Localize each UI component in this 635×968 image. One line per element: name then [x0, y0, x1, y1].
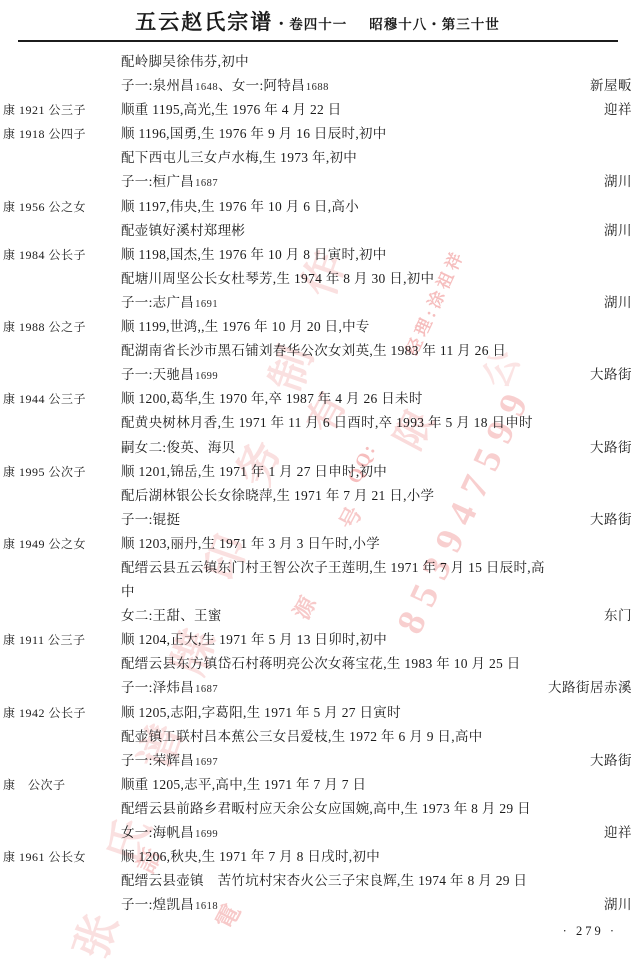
entry-text: 配黄央树林月香,生 1971 年 11 月 6 日酉时,卒 1993 年 5 月… — [121, 411, 632, 435]
text-segment: 顺 1203,丽丹,生 1971 年 3 月 3 日午时,小学 — [121, 536, 380, 551]
text-segment: 中 — [121, 584, 135, 599]
entry-text: 配湖南省长沙市黑石铺刘春华公次女刘英,生 1983 年 11 月 26 日 — [121, 339, 632, 363]
text-segment: 、女一:阿特昌 — [218, 78, 305, 93]
entry-row: 配岭脚吴徐伟芬,初中 — [0, 50, 635, 74]
entry-text: 顺 1199,世鸿,,生 1976 年 10 月 20 日,中专 — [121, 315, 632, 339]
entry-row: 子一:锟挺大路街 — [0, 508, 635, 532]
entry-text: 顺 1200,葛华,生 1970 年,卒 1987 年 4 月 26 日未时 — [121, 387, 632, 411]
entry-row: 嗣女二:俊英、海贝大路街 — [0, 436, 635, 460]
entry-text: 嗣女二:俊英、海贝 — [121, 436, 590, 460]
text-segment: 顺重 1205,志平,高中,生 1971 年 7 月 7 日 — [121, 777, 366, 792]
entry-row: 康 1984 公长子顺 1198,国杰,生 1976 年 10 月 8 日寅时,… — [0, 243, 635, 267]
entry-text: 子一:荣辉昌1697 — [121, 749, 590, 775]
entry-row: 子一:泽炜昌1687大路街居赤溪 — [0, 676, 635, 700]
entry-row: 子一:桓广昌1687湖川 — [0, 170, 635, 194]
residence-label: 迎祥 — [604, 821, 635, 845]
text-segment: 顺 1201,锦岳,生 1971 年 1 月 27 日申时,初中 — [121, 464, 387, 479]
text-segment: 子一:荣辉昌 — [121, 753, 194, 768]
entry-text: 子一:煌凯昌1618 — [121, 893, 604, 919]
entry-text: 顺 1197,伟央,生 1976 年 10 月 6 日,高小 — [121, 195, 632, 219]
book-title: 五云赵氏宗谱 — [135, 6, 273, 36]
entry-text: 配壶镇好溪村郑理彬 — [121, 219, 604, 243]
entry-text: 配缙云县五云镇东门村王智公次子王莲明,生 1971 年 7 月 15 日辰时,高 — [121, 556, 632, 580]
entry-row: 康 1949 公之女顺 1203,丽丹,生 1971 年 3 月 3 日午时,小… — [0, 532, 635, 556]
entry-row: 配塘川周坚公长女杜琴芳,生 1974 年 8 月 30 日,初中 — [0, 267, 635, 291]
entry-text: 配岭脚吴徐伟芬,初中 — [121, 50, 632, 74]
entry-row: 子一:天驰昌1699大路街 — [0, 363, 635, 387]
residence-label: 湖川 — [604, 219, 635, 243]
text-segment: 女一:海帆昌 — [121, 825, 194, 840]
header-rule — [18, 40, 618, 42]
ref-number: 1687 — [194, 684, 218, 695]
text-segment: 配缙云县五云镇东门村王智公次子王莲明,生 1971 年 7 月 15 日辰时,高 — [121, 560, 545, 575]
entry-row: 中 — [0, 580, 635, 604]
entry-text: 子一:泽炜昌1687 — [121, 676, 548, 702]
entry-text: 配缙云县前路乡君畈村应天余公女应国婉,高中,生 1973 年 8 月 29 日 — [121, 797, 632, 821]
text-segment: 顺 1205,志阳,字葛阳,生 1971 年 5 月 27 日寅时 — [121, 705, 401, 720]
entry-row: 子一:志广昌1691湖川 — [0, 291, 635, 315]
entry-row: 子一:荣辉昌1697大路街 — [0, 749, 635, 773]
generation-label: 康 公次子 — [0, 773, 121, 797]
entry-row: 配缙云县前路乡君畈村应天余公女应国婉,高中,生 1973 年 8 月 29 日 — [0, 797, 635, 821]
residence-label: 东门 — [604, 604, 635, 628]
generation-subtitle: 昭穆十八・第三十世 — [369, 13, 500, 33]
generation-label: 康 1995 公次子 — [0, 460, 121, 484]
text-segment: 配缙云县前路乡君畈村应天余公女应国婉,高中,生 1973 年 8 月 29 日 — [121, 801, 531, 816]
generation-label: 康 1942 公长子 — [0, 701, 121, 725]
entry-row: 女二:王甜、王蜜东门 — [0, 604, 635, 628]
generation-label: 康 1921 公三子 — [0, 98, 121, 122]
entry-row: 康 1921 公三子顺重 1195,高光,生 1976 年 4 月 22 日迎祥 — [0, 98, 635, 122]
generation-label: 康 1988 公之子 — [0, 315, 121, 339]
entry-row: 子一:煌凯昌1618湖川 — [0, 893, 635, 917]
entry-text: 配缙云县壶镇 苦竹坑村宋杏火公三子宋良辉,生 1974 年 8 月 29 日 — [121, 869, 632, 893]
residence-label: 迎祥 — [604, 98, 635, 122]
text-segment: 配壶镇工联村吕本蕉公三女吕爱枝,生 1972 年 6 月 9 日,高中 — [121, 729, 483, 744]
entry-row: 配壶镇工联村吕本蕉公三女吕爱枝,生 1972 年 6 月 9 日,高中 — [0, 725, 635, 749]
text-segment: 顺重 1195,高光,生 1976 年 4 月 22 日 — [121, 102, 342, 117]
residence-label: 湖川 — [604, 893, 635, 917]
residence-label: 大路街 — [590, 749, 635, 773]
text-segment: 子一:煌凯昌 — [121, 897, 194, 912]
text-segment: 嗣女二:俊英、海贝 — [121, 440, 235, 455]
generation-label: 康 1918 公四子 — [0, 122, 121, 146]
text-segment: 子一:桓广昌 — [121, 174, 194, 189]
entry-row: 配下西屯儿三女卢水梅,生 1973 年,初中 — [0, 146, 635, 170]
entry-text: 顺 1198,国杰,生 1976 年 10 月 8 日寅时,初中 — [121, 243, 632, 267]
text-segment: 配后湖林银公长女徐晓萍,生 1971 年 7 月 21 日,小学 — [121, 488, 434, 503]
entry-text: 子一:天驰昌1699 — [121, 363, 590, 389]
entry-row: 康 1942 公长子顺 1205,志阳,字葛阳,生 1971 年 5 月 27 … — [0, 701, 635, 725]
ref-number: 1688 — [305, 82, 329, 93]
entry-row: 康 1918 公四子顺 1196,国勇,生 1976 年 9 月 16 日辰时,… — [0, 122, 635, 146]
text-segment: 子一:锟挺 — [121, 512, 180, 527]
page-number: · 279 · — [563, 924, 617, 939]
text-segment: 配下西屯儿三女卢水梅,生 1973 年,初中 — [121, 150, 357, 165]
residence-label: 大路街居赤溪 — [548, 676, 635, 700]
text-segment: 顺 1200,葛华,生 1970 年,卒 1987 年 4 月 26 日未时 — [121, 391, 423, 406]
entry-row: 康 公次子顺重 1205,志平,高中,生 1971 年 7 月 7 日 — [0, 773, 635, 797]
entry-row: 配后湖林银公长女徐晓萍,生 1971 年 7 月 21 日,小学 — [0, 484, 635, 508]
entry-text: 女一:海帆昌1699 — [121, 821, 604, 847]
generation-label: 康 1956 公之女 — [0, 195, 121, 219]
text-segment: 子一:泽炜昌 — [121, 680, 194, 695]
entry-row: 子一:泉州昌1648、女一:阿特昌1688新屋畈 — [0, 74, 635, 98]
entry-row: 配缙云县壶镇 苦竹坑村宋杏火公三子宋良辉,生 1974 年 8 月 29 日 — [0, 869, 635, 893]
entry-row: 康 1988 公之子顺 1199,世鸿,,生 1976 年 10 月 20 日,… — [0, 315, 635, 339]
text-segment: 配缙云县东方镇岱石村蒋明亮公次女蒋宝花,生 1983 年 10 月 25 日 — [121, 656, 521, 671]
text-segment: 顺 1196,国勇,生 1976 年 9 月 16 日辰时,初中 — [121, 126, 387, 141]
ref-number: 1699 — [194, 371, 218, 382]
entry-row: 康 1961 公长女顺 1206,秋央,生 1971 年 7 月 8 日戌时,初… — [0, 845, 635, 869]
entry-text: 子一:锟挺 — [121, 508, 590, 532]
volume-label: 卷四十一 — [289, 13, 347, 33]
entry-text: 配下西屯儿三女卢水梅,生 1973 年,初中 — [121, 146, 632, 170]
generation-label: 康 1984 公长子 — [0, 243, 121, 267]
title-separator-dot: ・ — [274, 14, 288, 34]
entry-text: 顺 1196,国勇,生 1976 年 9 月 16 日辰时,初中 — [121, 122, 632, 146]
ref-number: 1699 — [194, 829, 218, 840]
entry-text: 配塘川周坚公长女杜琴芳,生 1974 年 8 月 30 日,初中 — [121, 267, 632, 291]
entry-text: 子一:泉州昌1648、女一:阿特昌1688 — [121, 74, 590, 100]
entry-row: 配壶镇好溪村郑理彬湖川 — [0, 219, 635, 243]
entry-text: 子一:桓广昌1687 — [121, 170, 604, 196]
text-segment: 配壶镇好溪村郑理彬 — [121, 223, 245, 238]
entry-row: 配湖南省长沙市黑石铺刘春华公次女刘英,生 1983 年 11 月 26 日 — [0, 339, 635, 363]
entries-list: 配岭脚吴徐伟芬,初中子一:泉州昌1648、女一:阿特昌1688新屋畈康 1921… — [0, 50, 635, 917]
residence-label: 湖川 — [604, 170, 635, 194]
entry-text: 顺 1201,锦岳,生 1971 年 1 月 27 日申时,初中 — [121, 460, 632, 484]
residence-label: 大路街 — [590, 436, 635, 460]
ref-number: 1697 — [194, 757, 218, 768]
generation-label: 康 1911 公三子 — [0, 628, 121, 652]
text-segment: 配湖南省长沙市黑石铺刘春华公次女刘英,生 1983 年 11 月 26 日 — [121, 343, 506, 358]
entry-text: 配缙云县东方镇岱石村蒋明亮公次女蒋宝花,生 1983 年 10 月 25 日 — [121, 652, 632, 676]
ref-number: 1618 — [194, 901, 218, 912]
entry-row: 配黄央树林月香,生 1971 年 11 月 6 日酉时,卒 1993 年 5 月… — [0, 411, 635, 435]
text-segment: 女二:王甜、王蜜 — [121, 608, 222, 623]
residence-label: 大路街 — [590, 508, 635, 532]
residence-label: 大路街 — [590, 363, 635, 387]
entry-row: 配缙云县五云镇东门村王智公次子王莲明,生 1971 年 7 月 15 日辰时,高 — [0, 556, 635, 580]
entry-text: 中 — [121, 580, 632, 604]
text-segment: 顺 1197,伟央,生 1976 年 10 月 6 日,高小 — [121, 199, 359, 214]
entry-text: 顺 1204,正大,生 1971 年 5 月 13 日卯时,初中 — [121, 628, 632, 652]
generation-label: 康 1961 公长女 — [0, 845, 121, 869]
text-segment: 子一:天驰昌 — [121, 367, 194, 382]
entry-row: 康 1995 公次子顺 1201,锦岳,生 1971 年 1 月 27 日申时,… — [0, 460, 635, 484]
generation-label: 康 1949 公之女 — [0, 532, 121, 556]
entry-text: 顺 1205,志阳,字葛阳,生 1971 年 5 月 27 日寅时 — [121, 701, 632, 725]
entry-text: 配后湖林银公长女徐晓萍,生 1971 年 7 月 21 日,小学 — [121, 484, 632, 508]
entry-text: 配壶镇工联村吕本蕉公三女吕爱枝,生 1972 年 6 月 9 日,高中 — [121, 725, 632, 749]
entry-text: 子一:志广昌1691 — [121, 291, 604, 317]
text-segment: 配岭脚吴徐伟芬,初中 — [121, 54, 249, 69]
text-segment: 配缙云县壶镇 苦竹坑村宋杏火公三子宋良辉,生 1974 年 8 月 29 日 — [121, 873, 527, 888]
entry-row: 配缙云县东方镇岱石村蒋明亮公次女蒋宝花,生 1983 年 10 月 25 日 — [0, 652, 635, 676]
text-segment: 配黄央树林月香,生 1971 年 11 月 6 日酉时,卒 1993 年 5 月… — [121, 415, 533, 430]
text-segment: 顺 1206,秋央,生 1971 年 7 月 8 日戌时,初中 — [121, 849, 380, 864]
residence-label: 新屋畈 — [590, 74, 635, 98]
entry-row: 女一:海帆昌1699迎祥 — [0, 821, 635, 845]
genealogy-page: 张氏谱牒印务制作 853947599 经理:涂祖祥 QQ: 有限公源号電話 五云… — [0, 0, 635, 968]
entry-row: 康 1944 公三子顺 1200,葛华,生 1970 年,卒 1987 年 4 … — [0, 387, 635, 411]
text-segment: 顺 1204,正大,生 1971 年 5 月 13 日卯时,初中 — [121, 632, 387, 647]
entry-text: 顺重 1195,高光,生 1976 年 4 月 22 日 — [121, 98, 604, 122]
text-segment: 子一:泉州昌 — [121, 78, 194, 93]
text-segment: 顺 1198,国杰,生 1976 年 10 月 8 日寅时,初中 — [121, 247, 387, 262]
residence-label: 湖川 — [604, 291, 635, 315]
entry-row: 康 1956 公之女顺 1197,伟央,生 1976 年 10 月 6 日,高小 — [0, 195, 635, 219]
text-segment: 顺 1199,世鸿,,生 1976 年 10 月 20 日,中专 — [121, 319, 370, 334]
text-segment: 子一:志广昌 — [121, 295, 194, 310]
entry-text: 顺 1206,秋央,生 1971 年 7 月 8 日戌时,初中 — [121, 845, 632, 869]
entry-text: 顺重 1205,志平,高中,生 1971 年 7 月 7 日 — [121, 773, 632, 797]
generation-label: 康 1944 公三子 — [0, 387, 121, 411]
ref-number: 1691 — [194, 299, 218, 310]
ref-number: 1648 — [194, 82, 218, 93]
ref-number: 1687 — [194, 178, 218, 189]
entry-text: 女二:王甜、王蜜 — [121, 604, 604, 628]
page-header: 五云赵氏宗谱 ・ 卷四十一 昭穆十八・第三十世 — [0, 6, 635, 40]
entry-text: 顺 1203,丽丹,生 1971 年 3 月 3 日午时,小学 — [121, 532, 632, 556]
entry-row: 康 1911 公三子顺 1204,正大,生 1971 年 5 月 13 日卯时,… — [0, 628, 635, 652]
text-segment: 配塘川周坚公长女杜琴芳,生 1974 年 8 月 30 日,初中 — [121, 271, 434, 286]
